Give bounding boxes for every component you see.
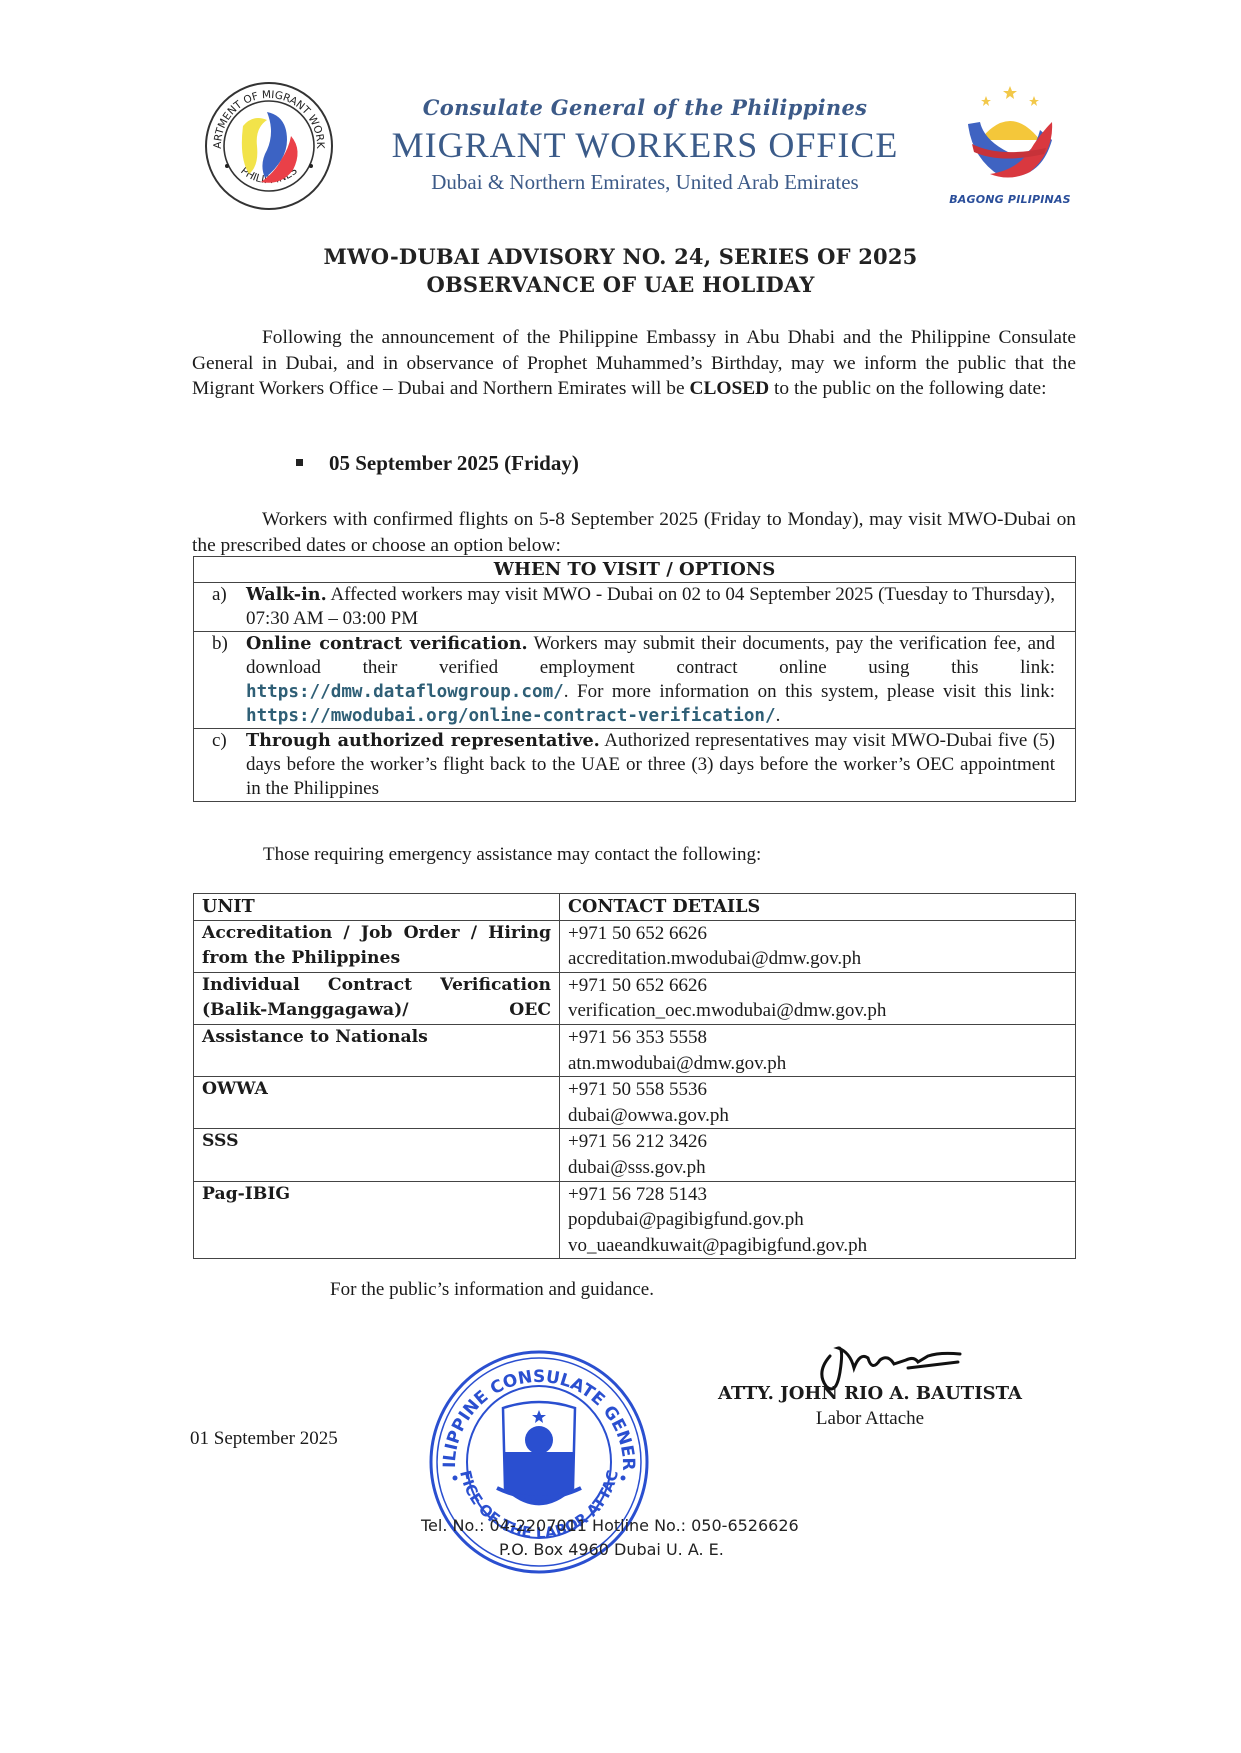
table-row: Individual Contract Verification (Balik-…	[194, 972, 1076, 1024]
contact-details: +971 56 353 5558 atn.mwodubai@dmw.gov.ph	[560, 1024, 1076, 1076]
unit-name: Individual Contract Verification (Balik-…	[194, 972, 560, 1024]
contact-details: +971 50 652 6626 verification_oec.mwodub…	[560, 972, 1076, 1024]
option-letter: b)	[212, 632, 228, 656]
advisory-title: MWO-DUBAI ADVISORY NO. 24, SERIES OF 202…	[0, 244, 1241, 269]
phone: +971 50 558 5536	[568, 1077, 1067, 1103]
closing-line: For the public’s information and guidanc…	[330, 1279, 654, 1301]
date-signed: 01 September 2025	[190, 1428, 338, 1450]
contact-details: +971 56 212 3426 dubai@sss.gov.ph	[560, 1129, 1076, 1181]
email: atn.mwodubai@dmw.gov.ph	[568, 1051, 1067, 1077]
unit-name: SSS	[194, 1129, 560, 1181]
office-name: MIGRANT WORKERS OFFICE	[350, 124, 940, 166]
email: verification_oec.mwodubai@dmw.gov.ph	[568, 998, 1067, 1024]
dmw-seal-logo: DEPARTMENT OF MIGRANT WORKERS PHILIPPINE…	[203, 80, 335, 212]
option-letter: c)	[212, 729, 227, 753]
table-row: b)Online contract verification. Workers …	[194, 632, 1076, 729]
table-row: OWWA +971 50 558 5536 dubai@owwa.gov.ph	[194, 1077, 1076, 1129]
contact-details: +971 56 728 5143 popdubai@pagibigfund.go…	[560, 1181, 1076, 1259]
table-row: Pag-IBIG +971 56 728 5143 popdubai@pagib…	[194, 1181, 1076, 1259]
dataflow-link[interactable]: https://dmw.dataflowgroup.com/	[246, 682, 564, 702]
email: dubai@sss.gov.ph	[568, 1155, 1067, 1181]
contacts-table: UNIT CONTACT DETAILS Accreditation / Job…	[193, 893, 1076, 1259]
visit-options-table: WHEN TO VISIT / OPTIONS a)Walk-in. Affec…	[193, 556, 1076, 802]
advisory-subtitle: OBSERVANCE OF UAE HOLIDAY	[0, 272, 1241, 297]
office-location: Dubai & Northern Emirates, United Arab E…	[350, 170, 940, 195]
unit-name: Accreditation / Job Order / Hiring from …	[194, 920, 560, 972]
option-text: . For more information on this system, p…	[564, 681, 1055, 702]
phone: +971 56 353 5558	[568, 1025, 1067, 1051]
unit-column-header: UNIT	[194, 894, 560, 921]
unit-name: Assistance to Nationals	[194, 1024, 560, 1076]
emergency-intro: Those requiring emergency assistance may…	[263, 844, 761, 866]
unit-name: Pag-IBIG	[194, 1181, 560, 1259]
table-row: a)Walk-in. Affected workers may visit MW…	[194, 583, 1076, 632]
table-row: SSS +971 56 212 3426 dubai@sss.gov.ph	[194, 1129, 1076, 1181]
intro-paragraph: Following the announcement of the Philip…	[192, 325, 1076, 402]
email: accreditation.mwodubai@dmw.gov.ph	[568, 946, 1067, 972]
email: vo_uaeandkuwait@pagibigfund.gov.ph	[568, 1233, 1067, 1259]
unit-name: OWWA	[194, 1077, 560, 1129]
mwodubai-verification-link[interactable]: https://mwodubai.org/online-contract-ver…	[246, 706, 776, 726]
table-row: Assistance to Nationals +971 56 353 5558…	[194, 1024, 1076, 1076]
phone: +971 56 728 5143	[568, 1182, 1067, 1208]
option-authorized-representative: c)Through authorized representative. Aut…	[194, 729, 1076, 802]
options-header: WHEN TO VISIT / OPTIONS	[194, 557, 1076, 583]
consulate-name: Consulate General of the Philippines	[350, 95, 940, 120]
closed-emphasis: CLOSED	[689, 378, 769, 399]
phone: +971 56 212 3426	[568, 1129, 1067, 1155]
option-text: .	[776, 705, 781, 726]
signatory-name: ATTY. JOHN RIO A. BAUTISTA	[700, 1383, 1040, 1404]
phone: +971 50 652 6626	[568, 921, 1067, 947]
contact-details: +971 50 558 5536 dubai@owwa.gov.ph	[560, 1077, 1076, 1129]
table-row: Accreditation / Job Order / Hiring from …	[194, 920, 1076, 972]
phone: +971 50 652 6626	[568, 973, 1067, 999]
option-title: Through authorized representative.	[246, 730, 600, 751]
intro-text-end: to the public on the following date:	[769, 378, 1046, 399]
footer-phone-numbers: Tel. No.: 04-2207011 Hotline No.: 050-65…	[421, 1516, 861, 1535]
footer-address: P.O. Box 4960 Dubai U. A. E.	[499, 1540, 724, 1559]
option-title: Walk-in.	[246, 584, 327, 605]
closure-date-bullet: 05 September 2025 (Friday)	[296, 451, 579, 476]
option-letter: a)	[212, 583, 227, 607]
option-title: Online contract verification.	[246, 633, 528, 654]
bagong-pilipinas-logo	[950, 82, 1070, 182]
bagong-pilipinas-text: BAGONG PILIPINAS	[932, 193, 1088, 206]
contact-details: +971 50 652 6626 accreditation.mwodubai@…	[560, 920, 1076, 972]
workers-paragraph: Workers with confirmed flights on 5-8 Se…	[192, 507, 1076, 558]
square-bullet-icon	[296, 459, 303, 466]
signatory-title: Labor Attache	[700, 1408, 1040, 1430]
contact-column-header: CONTACT DETAILS	[560, 894, 1076, 921]
option-text: Affected workers may visit MWO - Dubai o…	[246, 584, 1055, 629]
option-online-verification: b)Online contract verification. Workers …	[194, 632, 1076, 729]
closure-date: 05 September 2025 (Friday)	[329, 451, 579, 475]
email: popdubai@pagibigfund.gov.ph	[568, 1207, 1067, 1233]
option-walk-in: a)Walk-in. Affected workers may visit MW…	[194, 583, 1076, 632]
email: dubai@owwa.gov.ph	[568, 1103, 1067, 1129]
table-row: c)Through authorized representative. Aut…	[194, 729, 1076, 802]
